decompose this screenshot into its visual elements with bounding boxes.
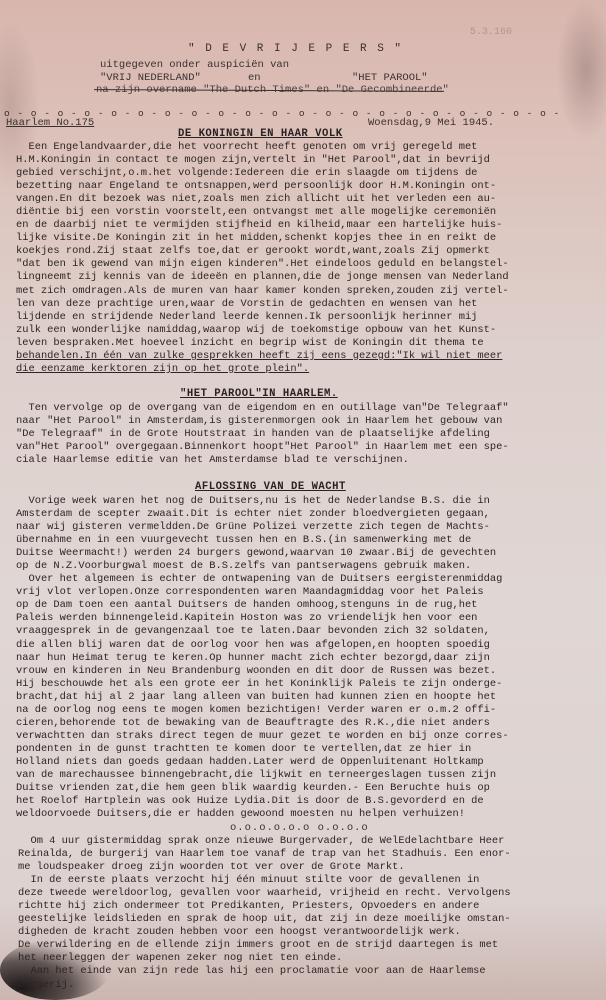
text-line: gebied verschijnt,o.m.het volgende:Ieder…: [16, 167, 576, 180]
text-line: zulk een wonderlijke namiddag,waarop wij…: [16, 324, 576, 337]
publisher-left: "VRIJ NEDERLAND": [100, 72, 201, 84]
article-body: Een Engelandvaarder,die het voorrecht he…: [16, 141, 576, 376]
masthead-title: " D E V R I J E P E R S ": [188, 43, 403, 55]
text-line: Om 4 uur gistermiddag sprak onze nieuwe …: [18, 835, 578, 848]
edition-number: Haarlem No.175: [6, 117, 94, 129]
text-line: Ten vervolge op de overgang van de eigen…: [16, 402, 576, 415]
text-line: van de marechaussee binnengebracht,die l…: [16, 769, 576, 782]
text-line: lijke visite.De Koningin zit in het midd…: [16, 232, 576, 245]
text-line: lingneemt zij kennis van de ideeën en pl…: [16, 271, 576, 284]
text-line: H.M.Koningin in contact te mogen zijn,ve…: [16, 154, 576, 167]
text-line: en de daarbij niet te vermijden stijfhei…: [16, 219, 576, 232]
text-line: Reinalda, de burgerij van Haarlem toe va…: [18, 848, 578, 861]
section-separator: o.o.o.o.o.o o.o.o.o: [230, 822, 369, 834]
article-heading: DE KONINGIN EN HAAR VOLK: [178, 128, 343, 140]
text-line: koekjes rond.Zij staat zelfs toe,dat er …: [16, 245, 576, 258]
text-line: In de eerste plaats verzocht hij één min…: [18, 874, 578, 887]
text-line: richtte hij zich ondermeer tot Predikant…: [18, 900, 578, 913]
text-line: vraaggesprek in de gevangenzaal toe te l…: [16, 625, 576, 638]
text-line: vrij vlot verlopen.Onze correspondenten …: [16, 586, 576, 599]
text-line: bezetting naar Engeland te ontsnappen,we…: [16, 180, 576, 193]
text-line: Amsterdam de scepter zwaait.Dit is echte…: [16, 508, 576, 521]
closing-body: Om 4 uur gistermiddag sprak onze nieuwe …: [18, 835, 578, 992]
text-line: Duitse Weermacht!) werden 24 burgers gew…: [16, 547, 576, 560]
text-line: naar wij gisteren vermeldden.De Grüne Po…: [16, 521, 576, 534]
text-line: weldoorvoede Duitsers,die er hadden gewo…: [16, 808, 576, 821]
text-line: het Roelof Hartplein was ook Huize Lydia…: [16, 795, 576, 808]
text-line: het neerleggen der wapenen zeker nog nie…: [18, 952, 578, 965]
text-line: bracht,dat hij al 2 jaar lang alleen van…: [16, 691, 576, 704]
text-line: van"Het Parool" overgegaan.Binnenkort ho…: [16, 441, 576, 454]
text-line: geestelijke leidslieden en sprak de hoop…: [18, 913, 578, 926]
text-line: cieren,behorende tot de bewaking van de …: [16, 717, 576, 730]
publisher-and: en: [248, 72, 261, 84]
archive-stamp: 5.3.160: [470, 27, 512, 38]
text-line: "De Telegraaf" in de Grote Houtstraat in…: [16, 428, 576, 441]
text-line: Holland niets dan goeds gedaan hadden.La…: [16, 756, 576, 769]
article-body: Vorige week waren het nog de Duitsers,nu…: [16, 495, 576, 821]
document-page: 5.3.160 " D E V R I J E P E R S " uitgeg…: [0, 0, 606, 1000]
text-line: burgerij.: [18, 979, 578, 992]
text-line: me loudspeaker droeg zijn woorden tot ve…: [18, 861, 578, 874]
text-line: met zich omdragen.Als de muren van haar …: [16, 285, 576, 298]
text-line: Over het algemeen is echter de ontwapeni…: [16, 573, 576, 586]
paper-stain: [556, 0, 606, 140]
text-line: naar "Het Parool" in Amsterdam,is gister…: [16, 415, 576, 428]
text-line: op de N.Z.Voorburgwal moest de B.S.zelfs…: [16, 560, 576, 573]
article-heading: AFLOSSING VAN DE WACHT: [195, 481, 346, 493]
masthead-subtitle: uitgegeven onder auspiciën van: [100, 59, 289, 71]
text-line: pondenten in de gunst trachtten te komen…: [16, 743, 576, 756]
text-line: Duitse vrienden zat,die hem geen blik wa…: [16, 782, 576, 795]
text-line: übernahme en in een vuurgevecht tussen h…: [16, 534, 576, 547]
article-body: Ten vervolge op de overgang van de eigen…: [16, 402, 576, 467]
text-line: na de oorlog nog eens te mogen komen bez…: [16, 704, 576, 717]
text-line: op de Dam toen een aantal Duitsers de ha…: [16, 599, 576, 612]
text-line: leven bespraken.Met hoeveel inzicht en b…: [16, 337, 576, 350]
text-line: Hij beschouwde het als een grote eer in …: [16, 678, 576, 691]
text-line: die eenzame kerktoren zijn op het grote …: [16, 363, 576, 376]
publisher-right: "HET PAROOL": [352, 72, 428, 84]
text-line: vangen.En dit bezoek was niet,zoals men …: [16, 193, 576, 206]
text-line: ciale Haarlemse editie van het Amsterdam…: [16, 454, 576, 467]
issue-date: Woensdag,9 Mei 1945.: [368, 117, 494, 129]
text-line: behandelen.In één van zulke gesprekken h…: [16, 350, 576, 363]
text-line: Een Engelandvaarder,die het voorrecht he…: [16, 141, 576, 154]
text-line: Vorige week waren het nog de Duitsers,nu…: [16, 495, 576, 508]
text-line: diëntie bij een vorstin voorstelt,een on…: [16, 206, 576, 219]
text-line: die allen blij waren dat de oorlog voor …: [16, 639, 576, 652]
text-line: naar hun Heimat terug te keren.Op hunner…: [16, 652, 576, 665]
text-line: vrouw en kinderen in Neu Brandenburg woo…: [16, 665, 576, 678]
text-line: "dat ben ik gewend van mijn eigen kinder…: [16, 258, 576, 271]
text-line: len van deze prachtige uren,waar de Vors…: [16, 298, 576, 311]
text-line: Paleis werden binnengeleid.Kapitein Host…: [16, 612, 576, 625]
text-line: deze tweede wereldoorlog, gevallen voor …: [18, 887, 578, 900]
text-line: lijdende en strijdende Nederland leerde …: [16, 311, 576, 324]
article-heading: "HET PAROOL"IN HAARLEM.: [180, 388, 338, 400]
text-line: verwachtten dan straks direct tegen de m…: [16, 730, 576, 743]
text-line: digheden de kracht zouden hebben voor ee…: [18, 926, 578, 939]
text-line: De verwildering en de ellende zijn immer…: [18, 939, 578, 952]
text-line: Aan het einde van zijn rede las hij een …: [18, 965, 578, 978]
